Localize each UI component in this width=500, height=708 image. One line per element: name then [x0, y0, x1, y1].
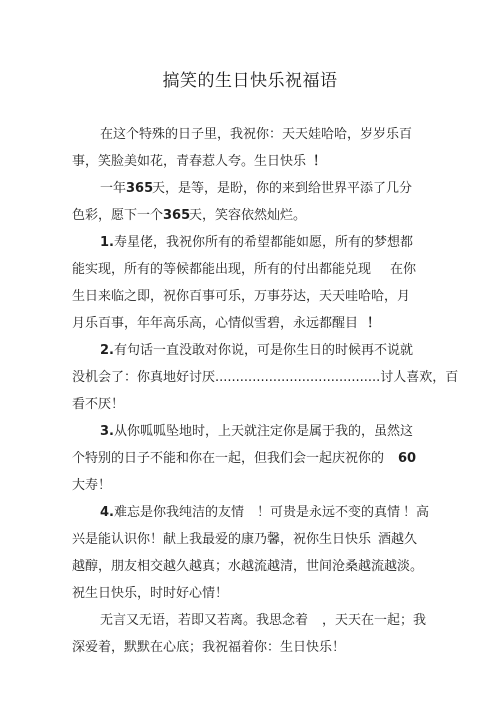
text-segment: 2. — [100, 340, 114, 362]
text-segment: 能实现，所有的等候都能出现，所有的付出都能兑现 — [72, 259, 371, 281]
text-segment: ！ — [367, 313, 380, 335]
text-segment: 天，笑容依然灿烂。 — [189, 205, 306, 227]
text-segment: 兴是能认识你！献上我最爱的康乃馨，祝你生日快乐 — [72, 529, 371, 551]
text-line: 深爱着，默默在心底；我祝福着你：生日快乐！ — [0, 637, 500, 659]
text-segment: 看不厌！ — [72, 394, 124, 416]
text-line: 能实现，所有的等候都能出现，所有的付出都能兑现在你 — [0, 259, 500, 281]
text-segment: 祝生日快乐，时时好心情！ — [72, 583, 228, 605]
text-segment: 大寿！ — [72, 475, 111, 497]
text-segment: 寿星佬，我祝你所有的希望都能如愿，所有的梦想都 — [114, 232, 413, 254]
text-segment: 有句话一直没敢对你说，可是你生日的时候再不说就 — [114, 340, 413, 362]
text-segment: 一年 — [100, 178, 126, 200]
text-segment: ！高 — [403, 502, 429, 524]
text-segment: 没机会了：你真地好讨厌.............................… — [72, 367, 458, 389]
text-segment: 越醇，朋友相交越久越真；水越流越清，世间沧桑越流越淡。 — [72, 556, 423, 578]
text-segment: ！可贵是永远不变的真情 — [257, 502, 400, 524]
text-line: 越醇，朋友相交越久越真；水越流越清，世间沧桑越流越淡。 — [0, 556, 500, 578]
text-segment: 365 — [126, 178, 153, 200]
text-line: 兴是能认识你！献上我最爱的康乃馨，祝你生日快乐酒越久 — [0, 529, 500, 551]
text-line: 事，笑脸美如花，青春惹人夸。生日快乐！ — [0, 151, 500, 173]
text-segment: 酒越久 — [378, 529, 417, 551]
text-segment: ，天天在一起；我 — [322, 610, 426, 632]
text-segment: 1. — [100, 232, 114, 254]
text-line: 一年365天，是等，是盼，你的来到给世界平添了几分 — [0, 178, 500, 200]
text-segment: 无言又无语，若即又若离。我思念着 — [100, 610, 308, 632]
text-segment: 4. — [100, 502, 114, 524]
text-line: 2.有句话一直没敢对你说，可是你生日的时候再不说就 — [0, 340, 500, 362]
text-line: 色彩，愿下一个365天，笑容依然灿烂。 — [0, 205, 500, 227]
text-segment: 生日来临之即，祝你百事可乐，万事芬达，天天哇哈哈，月 — [72, 286, 410, 308]
text-line: 3.从你呱呱坠地时，上天就注定你是属于我的，虽然这 — [0, 421, 500, 443]
text-segment: 难忘是你我纯洁的友情 — [114, 502, 244, 524]
text-line: 没机会了：你真地好讨厌.............................… — [0, 367, 500, 389]
text-segment: ！ — [313, 151, 326, 173]
text-segment: 365 — [163, 205, 190, 227]
text-segment: 个特别的日子不能和你在一起，但我们会一起庆祝你的 — [72, 448, 384, 470]
text-segment: 3. — [100, 421, 114, 443]
text-line: 生日来临之即，祝你百事可乐，万事芬达，天天哇哈哈，月 — [0, 286, 500, 308]
text-line: 大寿！ — [0, 475, 500, 497]
document-title: 搞笑的生日快乐祝福语 — [0, 66, 500, 91]
text-line: 4.难忘是你我纯洁的友情！可贵是永远不变的真情！高 — [0, 502, 500, 524]
text-line: 个特别的日子不能和你在一起，但我们会一起庆祝你的60 — [0, 448, 500, 470]
text-segment: 色彩，愿下一个 — [72, 205, 163, 227]
text-segment: 天，是等，是盼，你的来到给世界平添了几分 — [152, 178, 412, 200]
text-line: 看不厌！ — [0, 394, 500, 416]
document-page: 搞笑的生日快乐祝福语 在这个特殊的日子里，我祝你：天天娃哈哈，岁岁乐百事，笑脸美… — [0, 0, 500, 708]
text-line: 1.寿星佬，我祝你所有的希望都能如愿，所有的梦想都 — [0, 232, 500, 254]
text-line: 在这个特殊的日子里，我祝你：天天娃哈哈，岁岁乐百 — [0, 124, 500, 146]
text-line: 无言又无语，若即又若离。我思念着，天天在一起；我 — [0, 610, 500, 632]
text-line: 祝生日快乐，时时好心情！ — [0, 583, 500, 605]
text-segment: 60 — [398, 448, 416, 470]
text-line: 月乐百事，年年高乐高，心情似雪碧，永远都醒目！ — [0, 313, 500, 335]
text-segment: 从你呱呱坠地时，上天就注定你是属于我的，虽然这 — [114, 421, 413, 443]
text-segment: 事，笑脸美如花，青春惹人夸。生日快乐 — [72, 151, 306, 173]
text-segment: 在这个特殊的日子里，我祝你：天天娃哈哈，岁岁乐百 — [100, 124, 412, 146]
text-segment: 月乐百事，年年高乐高，心情似雪碧，永远都醒目 — [72, 313, 358, 335]
text-segment: 深爱着，默默在心底；我祝福着你：生日快乐！ — [72, 637, 345, 659]
text-segment: 在你 — [390, 259, 416, 281]
